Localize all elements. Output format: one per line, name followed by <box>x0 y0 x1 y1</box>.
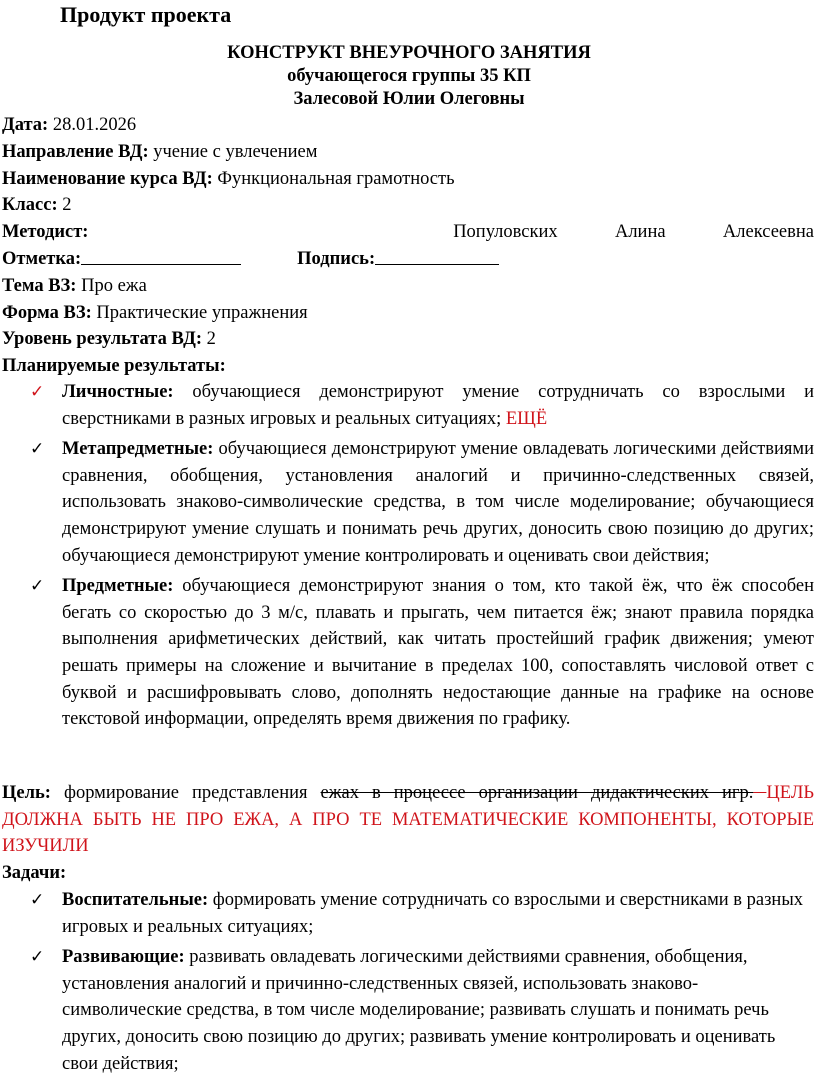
checkmark-icon: ✓ <box>30 944 44 971</box>
checkmark-icon: ✓ <box>30 436 44 463</box>
level-value: 2 <box>202 329 216 349</box>
goal-struck-space <box>753 783 766 803</box>
methodist-field: Методист: Популовских Алина Алексеевна <box>2 219 814 246</box>
task-label: Развивающие: <box>62 947 185 967</box>
planned-results-label: Планируемые результаты: <box>2 356 226 376</box>
result-text: обучающиеся демонстрируют знания о том, … <box>62 576 814 729</box>
meta-fields: Дата: 28.01.2026 Направление ВД: учение … <box>2 112 814 380</box>
course-label: Наименование курса ВД: <box>2 169 213 189</box>
checkmark-icon: ✓ <box>30 573 44 600</box>
grade-value: 2 <box>58 195 72 215</box>
date-field: Дата: 28.01.2026 <box>2 112 814 139</box>
result-metasubject: ✓ Метапредметные: обучающиеся демонстрир… <box>0 436 816 569</box>
document-title: КОНСТРУКТ ВНЕУРОЧНОГО ЗАНЯТИЯ обучающего… <box>0 42 816 111</box>
signature-label: Подпись: <box>297 246 375 273</box>
planned-results-list: ✓ Личностные: обучающиеся демонстрируют … <box>0 379 816 737</box>
grade-field: Класс: 2 <box>2 192 814 219</box>
goal-text: формирование представления <box>51 783 321 803</box>
checkmark-icon: ✓ <box>30 379 44 406</box>
result-label: Личностные: <box>62 382 174 402</box>
result-subject: ✓ Предметные: обучающиеся демонстрируют … <box>0 573 816 733</box>
tasks-list: ✓ Воспитательные: формировать умение сот… <box>0 887 816 1080</box>
methodist-surname: Популовских <box>453 219 557 246</box>
goal-paragraph: Цель: формирование представления ежах в … <box>2 780 814 860</box>
topic-label: Тема ВЗ: <box>2 276 76 296</box>
course-field: Наименование курса ВД: Функциональная гр… <box>2 166 814 193</box>
result-personal: ✓ Личностные: обучающиеся демонстрируют … <box>0 379 816 432</box>
task-developmental: ✓ Развивающие: развивать овладевать логи… <box>0 944 816 1077</box>
mark-label: Отметка: <box>2 246 81 273</box>
mark-blank-line[interactable] <box>81 246 241 265</box>
level-field: Уровень результата ВД: 2 <box>2 326 814 353</box>
topic-value: Про ежа <box>76 276 146 296</box>
task-educational: ✓ Воспитательные: формировать умение сот… <box>0 887 816 940</box>
title-line-student: Залесовой Юлии Олеговны <box>0 88 816 111</box>
result-label: Метапредметные: <box>62 439 213 459</box>
goal-label: Цель: <box>2 783 51 803</box>
methodist-label: Методист: <box>2 219 88 246</box>
form-value: Практические упражнения <box>92 303 308 323</box>
course-value: Функциональная грамотность <box>213 169 455 189</box>
planned-results-heading: Планируемые результаты: <box>2 353 814 380</box>
grade-label: Класс: <box>2 195 58 215</box>
spacer <box>241 246 297 273</box>
checkmark-icon: ✓ <box>30 887 44 914</box>
form-label: Форма ВЗ: <box>2 303 92 323</box>
direction-field: Направление ВД: учение с увлечением <box>2 139 814 166</box>
signature-blank-line[interactable] <box>375 246 499 265</box>
goal-struck-text: ежах в процессе организации дидактически… <box>321 783 754 803</box>
result-text: обучающиеся демонстрируют умение сотрудн… <box>62 382 814 429</box>
tasks-heading: Задачи: <box>2 860 66 887</box>
title-line-group: обучающегося группы 35 КП <box>0 65 816 88</box>
result-label: Предметные: <box>62 576 173 596</box>
direction-label: Направление ВД: <box>2 142 149 162</box>
task-label: Воспитательные: <box>62 890 208 910</box>
form-field: Форма ВЗ: Практические упражнения <box>2 300 814 327</box>
date-value: 28.01.2026 <box>48 115 136 135</box>
date-label: Дата: <box>2 115 48 135</box>
topic-field: Тема ВЗ: Про ежа <box>2 273 814 300</box>
page-heading: Продукт проекта <box>60 2 231 28</box>
title-line-construct: КОНСТРУКТ ВНЕУРОЧНОГО ЗАНЯТИЯ <box>0 42 816 65</box>
reviewer-note: ЕЩЁ <box>506 409 547 429</box>
methodist-name: Алина <box>615 219 666 246</box>
direction-value: учение с увлечением <box>149 142 318 162</box>
level-label: Уровень результата ВД: <box>2 329 202 349</box>
methodist-patronymic: Алексеевна <box>723 219 814 246</box>
spacer <box>146 219 396 246</box>
mark-signature-row: Отметка: Подпись: <box>2 246 814 273</box>
